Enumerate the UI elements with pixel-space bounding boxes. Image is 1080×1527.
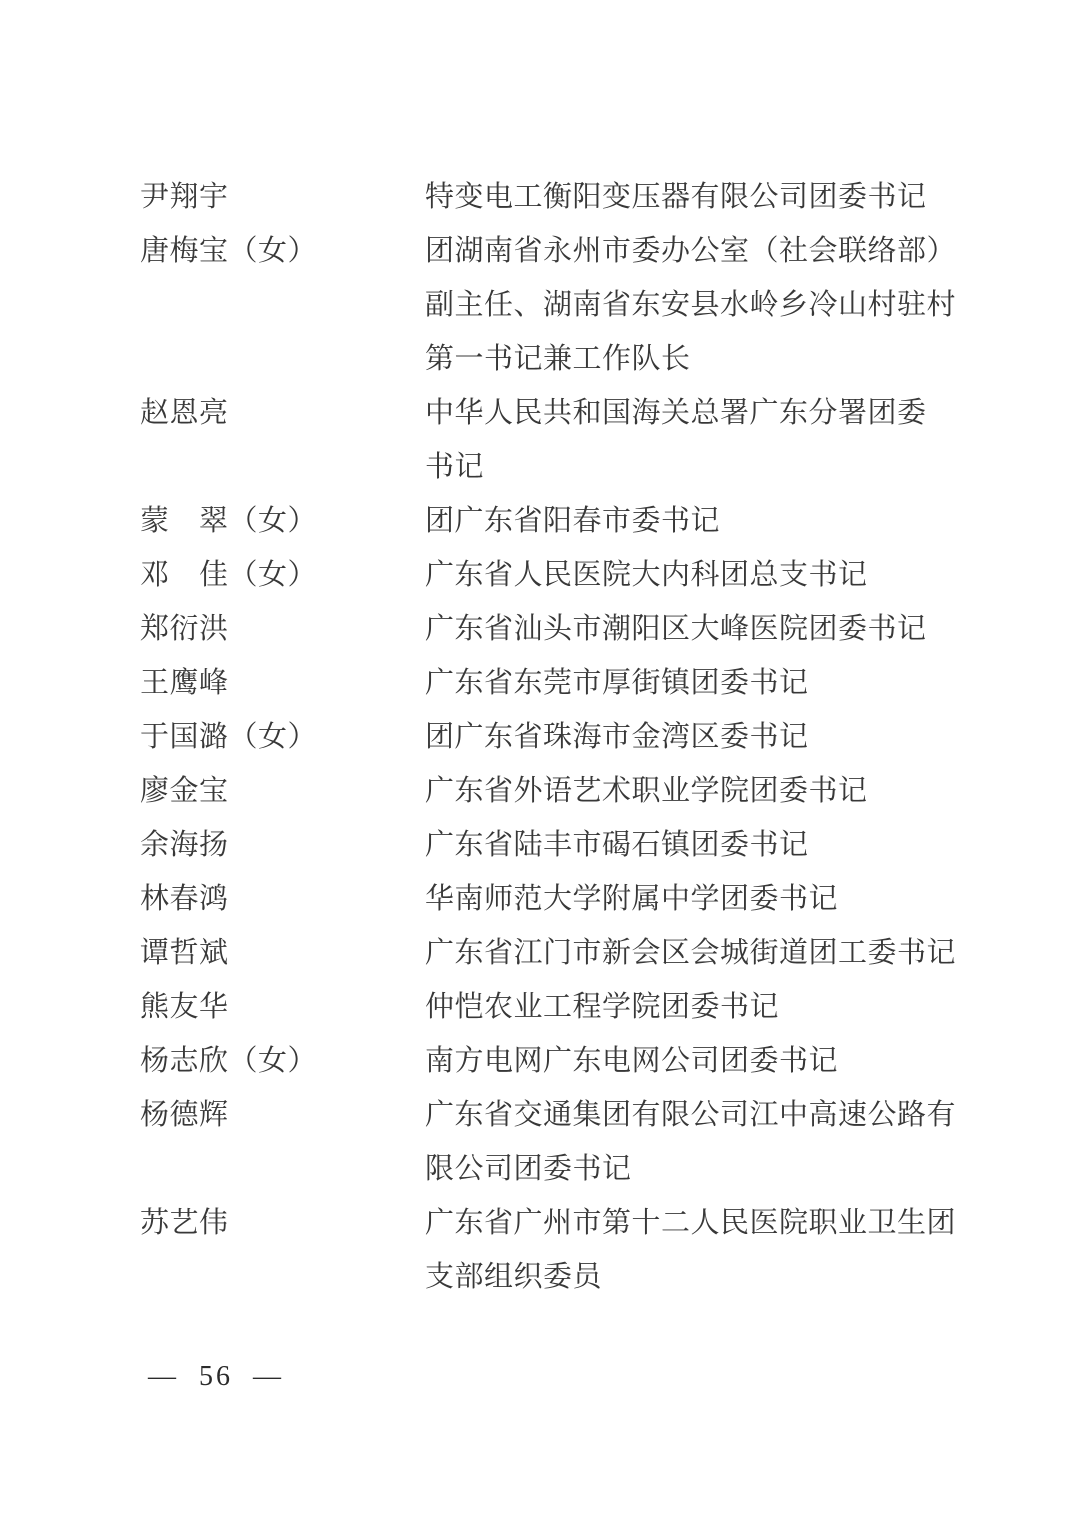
recipient-name: 杨德辉 [140, 1088, 425, 1142]
position-line: 南方电网广东电网公司团委书记 [425, 1034, 1020, 1088]
recipient-list: 尹翔宇 特变电工衡阳变压器有限公司团委书记 唐梅宝（女） 团湖南省永州市委办公室… [140, 170, 1020, 1304]
list-item: 杨德辉 广东省交通集团有限公司江中高速公路有 限公司团委书记 [140, 1088, 1020, 1196]
recipient-name: 杨志欣（女） [140, 1034, 425, 1088]
position-line: 广东省陆丰市碣石镇团委书记 [425, 818, 1020, 872]
recipient-name: 唐梅宝（女） [140, 224, 425, 278]
recipient-name: 谭哲斌 [140, 926, 425, 980]
position-line: 广东省江门市新会区会城街道团工委书记 [425, 926, 1020, 980]
recipient-position: 团广东省珠海市金湾区委书记 [425, 710, 1020, 764]
position-line: 华南师范大学附属中学团委书记 [425, 872, 1020, 926]
position-line: 广东省外语艺术职业学院团委书记 [425, 764, 1020, 818]
position-line: 限公司团委书记 [425, 1142, 1020, 1196]
position-line: 团广东省珠海市金湾区委书记 [425, 710, 1020, 764]
recipient-name: 余海扬 [140, 818, 425, 872]
recipient-name: 苏艺伟 [140, 1196, 425, 1250]
position-line: 广东省汕头市潮阳区大峰医院团委书记 [425, 602, 1020, 656]
page-number: — 56 — [148, 1360, 284, 1394]
recipient-name: 蒙 翠（女） [140, 494, 425, 548]
list-item: 尹翔宇 特变电工衡阳变压器有限公司团委书记 [140, 170, 1020, 224]
list-item: 谭哲斌 广东省江门市新会区会城街道团工委书记 [140, 926, 1020, 980]
list-item: 郑衍洪 广东省汕头市潮阳区大峰医院团委书记 [140, 602, 1020, 656]
recipient-position: 华南师范大学附属中学团委书记 [425, 872, 1020, 926]
list-item: 唐梅宝（女） 团湖南省永州市委办公室（社会联络部） 副主任、湖南省东安县水岭乡冷… [140, 224, 1020, 386]
position-line: 第一书记兼工作队长 [425, 332, 1020, 386]
recipient-position: 广东省汕头市潮阳区大峰医院团委书记 [425, 602, 1020, 656]
recipient-name: 廖金宝 [140, 764, 425, 818]
position-line: 仲恺农业工程学院团委书记 [425, 980, 1020, 1034]
position-line: 广东省交通集团有限公司江中高速公路有 [425, 1088, 1020, 1142]
position-line: 广东省东莞市厚街镇团委书记 [425, 656, 1020, 710]
recipient-position: 仲恺农业工程学院团委书记 [425, 980, 1020, 1034]
recipient-name: 赵恩亮 [140, 386, 425, 440]
position-line: 团广东省阳春市委书记 [425, 494, 1020, 548]
recipient-name: 王鹰峰 [140, 656, 425, 710]
recipient-position: 广东省广州市第十二人民医院职业卫生团 支部组织委员 [425, 1196, 1020, 1304]
recipient-position: 广东省外语艺术职业学院团委书记 [425, 764, 1020, 818]
recipient-name: 郑衍洪 [140, 602, 425, 656]
recipient-position: 广东省陆丰市碣石镇团委书记 [425, 818, 1020, 872]
position-line: 团湖南省永州市委办公室（社会联络部） [425, 224, 1020, 278]
recipient-name: 林春鸿 [140, 872, 425, 926]
list-item: 苏艺伟 广东省广州市第十二人民医院职业卫生团 支部组织委员 [140, 1196, 1020, 1304]
recipient-position: 广东省交通集团有限公司江中高速公路有 限公司团委书记 [425, 1088, 1020, 1196]
position-line: 广东省人民医院大内科团总支书记 [425, 548, 1020, 602]
list-item: 林春鸿 华南师范大学附属中学团委书记 [140, 872, 1020, 926]
list-item: 邓 佳（女） 广东省人民医院大内科团总支书记 [140, 548, 1020, 602]
recipient-position: 团湖南省永州市委办公室（社会联络部） 副主任、湖南省东安县水岭乡冷山村驻村 第一… [425, 224, 1020, 386]
list-item: 王鹰峰 广东省东莞市厚街镇团委书记 [140, 656, 1020, 710]
list-item: 于国潞（女） 团广东省珠海市金湾区委书记 [140, 710, 1020, 764]
recipient-name: 熊友华 [140, 980, 425, 1034]
recipient-name: 于国潞（女） [140, 710, 425, 764]
recipient-position: 团广东省阳春市委书记 [425, 494, 1020, 548]
list-item: 廖金宝 广东省外语艺术职业学院团委书记 [140, 764, 1020, 818]
list-item: 杨志欣（女） 南方电网广东电网公司团委书记 [140, 1034, 1020, 1088]
position-line: 中华人民共和国海关总署广东分署团委 [425, 386, 1020, 440]
recipient-position: 广东省人民医院大内科团总支书记 [425, 548, 1020, 602]
list-item: 余海扬 广东省陆丰市碣石镇团委书记 [140, 818, 1020, 872]
position-line: 书记 [425, 440, 1020, 494]
recipient-name: 邓 佳（女） [140, 548, 425, 602]
recipient-position: 特变电工衡阳变压器有限公司团委书记 [425, 170, 1020, 224]
document-page: 尹翔宇 特变电工衡阳变压器有限公司团委书记 唐梅宝（女） 团湖南省永州市委办公室… [0, 0, 1080, 1527]
list-item: 熊友华 仲恺农业工程学院团委书记 [140, 980, 1020, 1034]
position-line: 广东省广州市第十二人民医院职业卫生团 [425, 1196, 1020, 1250]
recipient-position: 中华人民共和国海关总署广东分署团委 书记 [425, 386, 1020, 494]
position-line: 支部组织委员 [425, 1250, 1020, 1304]
recipient-name: 尹翔宇 [140, 170, 425, 224]
recipient-position: 广东省江门市新会区会城街道团工委书记 [425, 926, 1020, 980]
recipient-position: 广东省东莞市厚街镇团委书记 [425, 656, 1020, 710]
position-line: 特变电工衡阳变压器有限公司团委书记 [425, 170, 1020, 224]
recipient-position: 南方电网广东电网公司团委书记 [425, 1034, 1020, 1088]
list-item: 赵恩亮 中华人民共和国海关总署广东分署团委 书记 [140, 386, 1020, 494]
position-line: 副主任、湖南省东安县水岭乡冷山村驻村 [425, 278, 1020, 332]
list-item: 蒙 翠（女） 团广东省阳春市委书记 [140, 494, 1020, 548]
